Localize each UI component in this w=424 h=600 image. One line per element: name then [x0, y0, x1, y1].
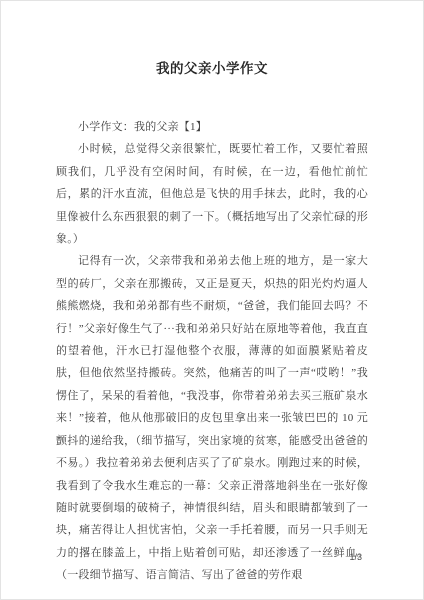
essay-paragraph-2: 记得有一次，父亲带我和弟弟去他上班的地方，是一家大型的砖厂，父亲在那搬砖，又正是… [56, 250, 368, 586]
document-page: 我的父亲小学作文 小学作文：我的父亲【1】 小时候，总觉得父亲很繁忙，既要忙着工… [0, 0, 424, 600]
essay-subtitle-paragraph: 小学作文：我的父亲【1】 [56, 116, 368, 138]
page-number-indicator: 1/3 [349, 552, 362, 562]
essay-title: 我的父亲小学作文 [0, 0, 424, 80]
essay-body: 小学作文：我的父亲【1】 小时候，总觉得父亲很繁忙，既要忙着工作，又要忙着照顾我… [56, 116, 368, 587]
essay-paragraph-1: 小时候，总觉得父亲很繁忙，既要忙着工作，又要忙着照顾我们，几乎没有空闲时间，有时… [56, 138, 368, 250]
